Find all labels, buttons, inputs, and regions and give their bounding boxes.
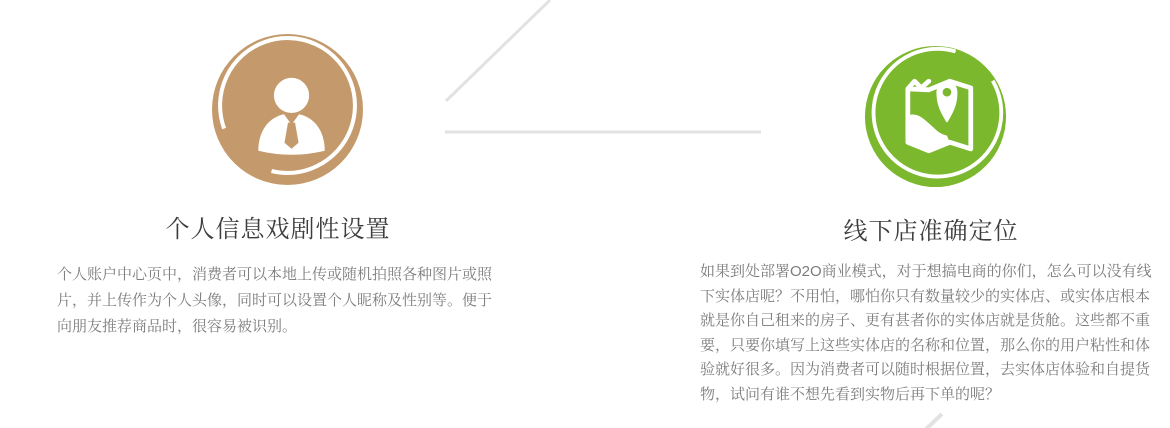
personal-info-title: 个人信息戏剧性设置: [57, 209, 499, 244]
offline-store-title: 线下店准确定位: [700, 211, 1162, 246]
zigzag-diagonal-top: [446, 0, 550, 101]
user-icon: [211, 33, 364, 186]
personal-info-badge: [211, 33, 364, 186]
personal-info-description: 个人账户中心页中，消费者可以本地上传或随机拍照各种图片或照片，并上传作为个人头像…: [57, 262, 499, 340]
offline-store-description: 如果到处部署O2O商业模式，对于想搞电商的你们，怎么可以没有线下实体店呢？不用怕…: [700, 260, 1164, 407]
zigzag-diagonal-bottom: [924, 414, 942, 428]
map-pin-icon: [864, 45, 1007, 188]
feature-section-page: { "features": [ { "icon": "user-icon", "…: [0, 0, 1170, 428]
offline-store-badge: [864, 45, 1007, 188]
